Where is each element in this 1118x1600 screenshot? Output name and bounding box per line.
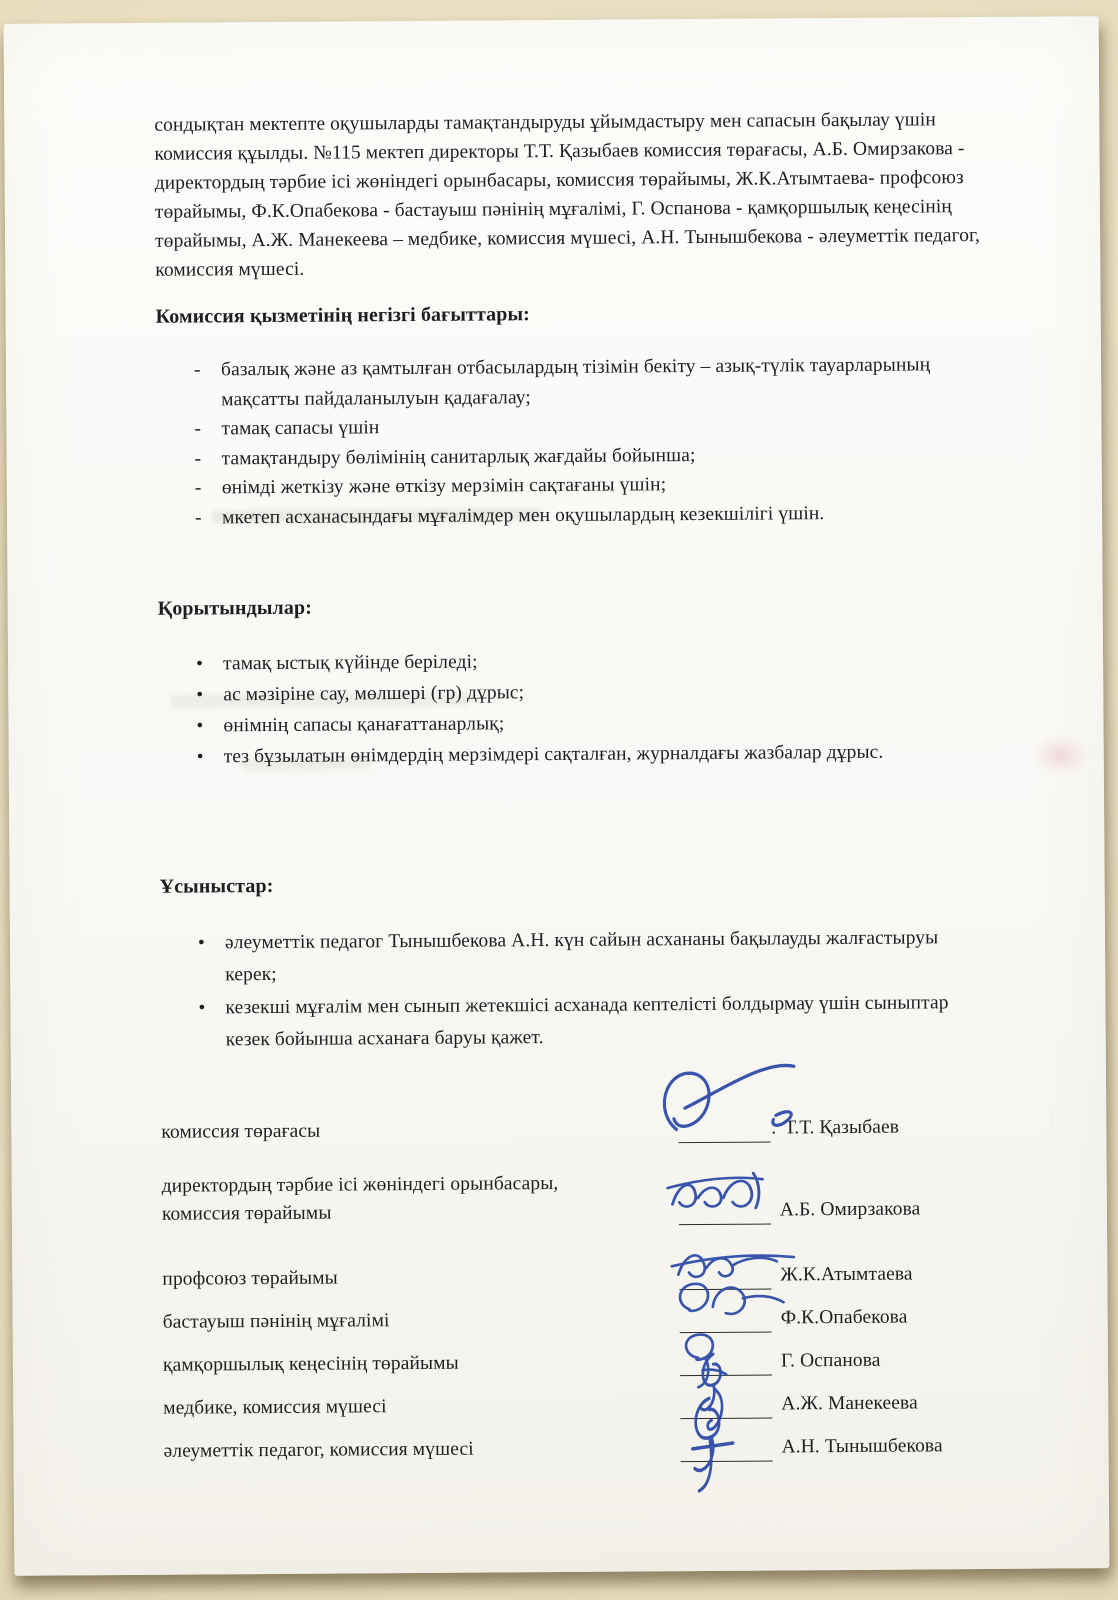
signature-line — [681, 1447, 773, 1463]
signature-block: комиссия төрағасы.Т.Т. Қазыбаевдиректорд… — [161, 1112, 992, 1468]
signature-line-suffix: . — [770, 1113, 777, 1142]
signature-line — [680, 1404, 772, 1420]
signatory-role: әлеуметтік педагог, комиссия мүшесі — [163, 1434, 680, 1468]
signature-row: профсоюз төрайымыЖ.К.Атымтаева — [162, 1259, 991, 1296]
signature-line — [680, 1318, 772, 1334]
signature-row: директордың тәрбие ісі жөніндегі орынбас… — [162, 1167, 991, 1231]
section-heading: Қорытындылар: — [158, 589, 987, 624]
handwritten-signature — [654, 1054, 827, 1161]
signature-row: әлеуметтік педагог, комиссия мүшесіА.Н. … — [163, 1431, 992, 1468]
list-item: •ас мәзіріне сау, мөлшері (гр) дұрыс; — [158, 675, 987, 711]
signatory-role: қамқоршылық кеңесінің төрайымы — [163, 1348, 680, 1382]
signature-area: Ж.К.Атымтаева — [679, 1259, 991, 1292]
signatory-role: комиссия төрағасы — [161, 1115, 678, 1149]
list-item-text: тез бұзылатын өнімдердің мерзімдері сақт… — [224, 737, 988, 772]
signature-row: қамқоршылық кеңесінің төрайымыГ. Оспанов… — [163, 1345, 992, 1382]
section-list: -базалық және аз қамтылған отбасылардың … — [156, 350, 986, 533]
dash-marker: - — [195, 503, 222, 533]
list-item: •тамақ ыстық күйінде беріледі; — [158, 644, 987, 680]
section-list: •тамақ ыстық күйінде беріледі;•ас мәзірі… — [158, 644, 988, 773]
document-section: Комиссия қызметінің негізгі бағыттары:-б… — [156, 297, 987, 533]
list-item: -мкетеп асханасындағы мұғалімдер мен оқу… — [157, 497, 986, 532]
signatory-name: Ф.К.Опабекова — [781, 1303, 908, 1333]
signature-area: А.Н. Тынышбекова — [680, 1431, 992, 1464]
scanned-photo-background: { "document": { "kind": "scanned committ… — [0, 0, 1118, 1600]
list-item-text: өнімнің сапасы қанағаттанарлық; — [223, 706, 987, 741]
bullet-marker: • — [196, 711, 223, 741]
list-item-text: әлеуметтік педагог Тынышбекова А.Н. күн … — [225, 922, 989, 990]
bullet-marker: • — [198, 927, 225, 990]
signature-line — [679, 1275, 771, 1291]
signature-area: Ф.К.Опабекова — [680, 1302, 992, 1335]
signature-area: А.Ж. Манекеева — [680, 1388, 992, 1421]
list-item: -базалық және аз қамтылған отбасылардың … — [156, 350, 985, 415]
dash-marker: - — [195, 473, 222, 503]
list-item-text: мкетеп асханасындағы мұғалімдер мен оқуш… — [222, 497, 986, 532]
signatory-role: бастауыш пәнінің мұғалімі — [163, 1305, 680, 1339]
signatory-role: медбике, комиссия мүшесі — [163, 1391, 680, 1425]
list-item: •өнімнің сапасы қанағаттанарлық; — [158, 706, 987, 742]
signature-line — [680, 1361, 772, 1377]
signatory-name: Г. Оспанова — [781, 1346, 881, 1376]
section-heading: Комиссия қызметінің негізгі бағыттары: — [156, 297, 985, 332]
list-item-text: базалық және аз қамтылған отбасылардың т… — [221, 350, 985, 414]
signature-line — [678, 1128, 770, 1144]
list-item-text: кезекші мұғалім мен сынып жетекшісі асха… — [225, 987, 989, 1055]
bullet-marker: • — [198, 992, 225, 1055]
document-section: Қорытындылар:•тамақ ыстық күйінде беріле… — [158, 589, 988, 773]
list-item: •тез бұзылатын өнімдердің мерзімдері сақ… — [159, 737, 988, 773]
signature-area: А.Б. Омирзакова — [679, 1194, 991, 1227]
list-item-text: ас мәзіріне сау, мөлшері (гр) дұрыс; — [223, 675, 987, 710]
list-item: •кезекші мұғалім мен сынып жетекшісі асх… — [160, 987, 989, 1056]
section-heading: Ұсыныстар: — [160, 867, 989, 902]
document-content: сондықтан мектепте оқушыларды тамақтанды… — [154, 105, 993, 1480]
signatory-name: Ж.К.Атымтаева — [780, 1260, 912, 1290]
paper-stain — [1023, 728, 1099, 783]
signature-area: .Т.Т. Қазыбаев — [678, 1112, 990, 1145]
signature-row: медбике, комиссия мүшесіА.Ж. Манекеева — [163, 1388, 992, 1425]
list-item-text: тамақ ыстық күйінде беріледі; — [223, 644, 987, 679]
signatory-name: А.Б. Омирзакова — [780, 1194, 921, 1224]
signature-area: Г. Оспанова — [680, 1345, 992, 1378]
intro-paragraph: сондықтан мектепте оқушыларды тамақтанды… — [154, 105, 984, 285]
signatory-name: Т.Т. Қазыбаев — [784, 1113, 899, 1143]
signatory-name: А.Н. Тынышбекова — [781, 1431, 942, 1461]
signatory-name: А.Ж. Манекеева — [781, 1388, 918, 1418]
signatory-role: профсоюз төрайымы — [162, 1262, 679, 1296]
signature-row: комиссия төрағасы.Т.Т. Қазыбаев — [161, 1112, 990, 1149]
list-item: •әлеуметтік педагог Тынышбекова А.Н. күн… — [160, 922, 989, 991]
signature-line — [679, 1210, 771, 1226]
sections-container: Комиссия қызметінің негізгі бағыттары:-б… — [156, 297, 990, 1056]
dash-marker: - — [194, 414, 221, 444]
document-page: сондықтан мектепте оқушыларды тамақтанды… — [4, 16, 1110, 1576]
section-list: •әлеуметтік педагог Тынышбекова А.Н. күн… — [160, 922, 990, 1056]
document-section: Ұсыныстар:•әлеуметтік педагог Тынышбеков… — [160, 867, 990, 1056]
signature-row: бастауыш пәнінің мұғаліміФ.К.Опабекова — [163, 1302, 992, 1339]
bullet-marker: • — [196, 680, 223, 710]
bullet-marker: • — [196, 649, 223, 679]
bullet-marker: • — [197, 742, 224, 772]
dash-marker: - — [195, 444, 222, 474]
signatory-role: директордың тәрбие ісі жөніндегі орынбас… — [162, 1169, 679, 1231]
dash-marker: - — [194, 355, 221, 414]
